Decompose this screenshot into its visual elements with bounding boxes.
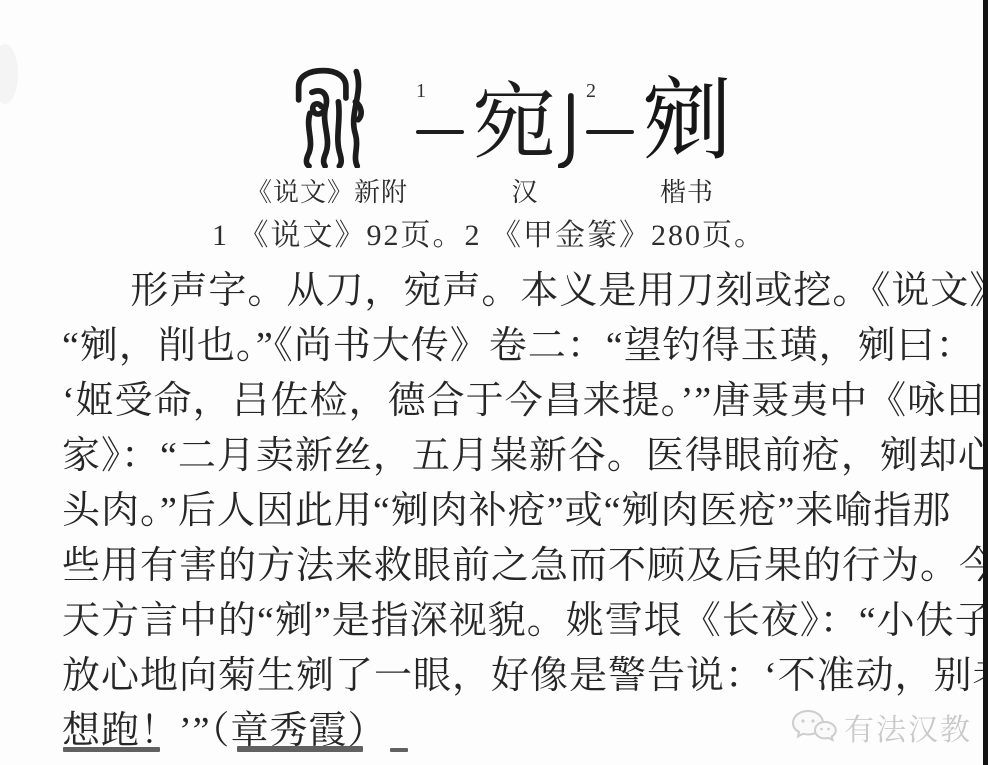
cutoff-text-artifact (237, 746, 363, 752)
connector-dash-icon (416, 130, 464, 134)
dictionary-page: 《说文》新附 1 宛 汉 2 剜 楷书 1 《说文》92页。 (0, 0, 988, 765)
seal-form-caption: 《说文》新附 (246, 178, 408, 208)
cutoff-text-artifact (63, 747, 160, 752)
headword-form-seal: 《说文》新附 (246, 76, 408, 208)
wechat-chat-bubbles-icon (790, 708, 838, 746)
watermark-label: 有法汉教 (844, 705, 972, 749)
watermark: 有法汉教 (790, 705, 972, 749)
kaishu-glyph: 剜 (642, 76, 732, 168)
body-line: 些用有害的方法来救眼前之急而不顾及后果的行为。今 (62, 539, 932, 594)
body-line: 头肉。”后人因此用“剜肉补疮”或“剜肉医疮”来喻指那 (62, 484, 932, 539)
cutoff-text-artifact (390, 748, 408, 752)
evolution-connector-1: 1 (416, 76, 464, 168)
headword-evolution: 《说文》新附 1 宛 汉 2 剜 楷书 (0, 76, 978, 208)
seal-script-wan-glyph (288, 64, 366, 168)
body-line: ‘姬受命，吕佐检，德合于今昌来提。’”唐聂夷中《咏田 (62, 374, 932, 429)
body-line: 家》：“二月卖新丝，五月粜新谷。医得眼前疮，剜却心 (62, 429, 932, 484)
footnote-ref-1: 1 (416, 80, 426, 102)
han-form-caption: 汉 (512, 178, 539, 208)
seal-glyph-box (288, 76, 366, 168)
footnote-ref-2: 2 (586, 80, 596, 102)
entry-body: 形声字。从刀，宛声。本义是用刀刻或挖。《说文》： “剜，削也。”《尚书大传》卷二… (62, 264, 932, 759)
photo-edge (983, 0, 988, 765)
kaishu-form-caption: 楷书 (660, 178, 714, 208)
connector-dash-icon (586, 130, 634, 134)
han-glyph-base: 宛 (472, 80, 556, 168)
body-line: “剜，削也。”《尚书大传》卷二：“望钓得玉璜，剜曰： (62, 319, 932, 374)
body-line: 形声字。从刀，宛声。本义是用刀刻或挖。《说文》： (62, 264, 932, 319)
source-references: 1 《说文》92页。2 《甲金篆》280页。 (0, 210, 978, 254)
kaishu-glyph-box: 剜 (642, 76, 732, 168)
headword-form-han: 宛 汉 (472, 76, 578, 208)
evolution-connector-2: 2 (586, 76, 634, 168)
body-line: 放心地向菊生剜了一眼，好像是警告说：‘不准动，别老 (62, 649, 932, 704)
vertical-hook-stroke (558, 92, 578, 168)
han-glyph-box: 宛 (472, 76, 578, 168)
headword-form-kaishu: 剜 楷书 (642, 76, 732, 208)
body-line: 天方言中的“剜”是指深视貌。姚雪垠《长夜》：“小伕子不 (62, 594, 932, 649)
